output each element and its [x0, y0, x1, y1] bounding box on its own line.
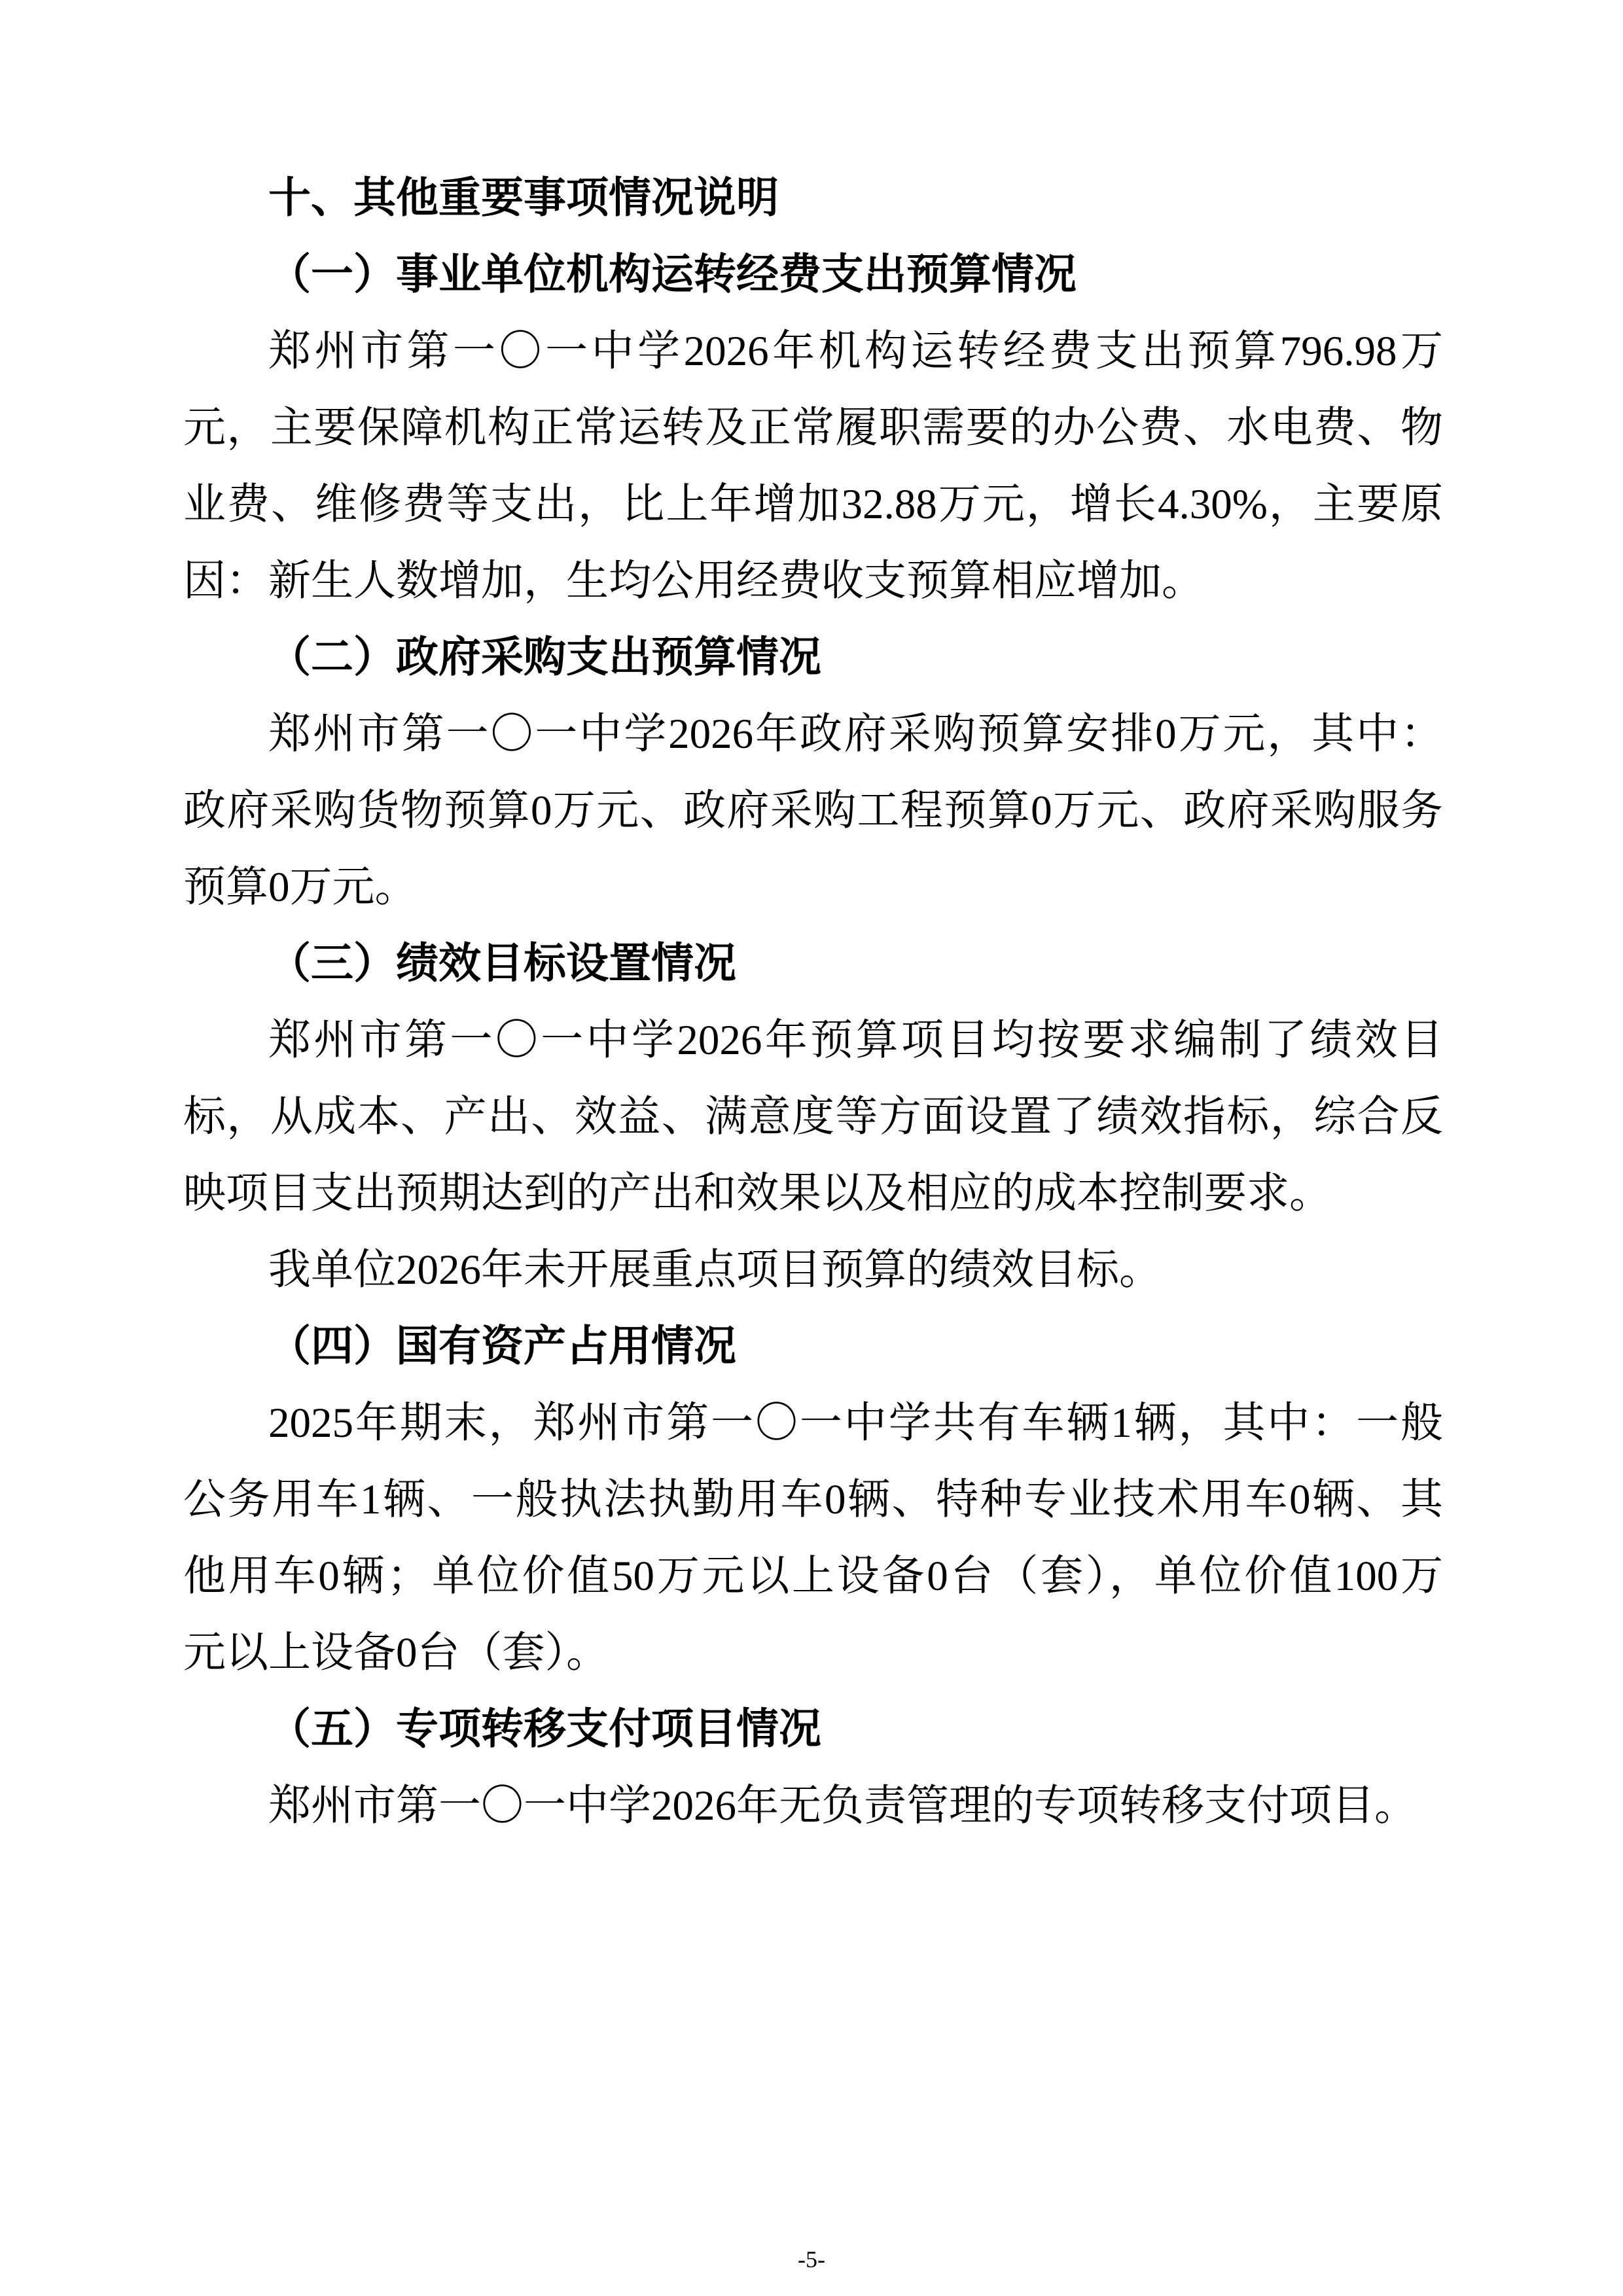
sub-heading-3: （三）绩效目标设置情况 [183, 926, 1443, 1002]
paragraph-line: 郑州市第一〇一中学2026年机构运转经费支出预算796.98万 [183, 313, 1443, 390]
paragraph-line: 因：新生人数增加，生均公用经费收支预算相应增加。 [183, 543, 1443, 620]
page-number: -5- [0, 2230, 1623, 2289]
paragraph-line: 元，主要保障机构正常运转及正常履职需要的办公费、水电费、物 [183, 390, 1443, 467]
paragraph-line: 映项目支出预期达到的产出和效果以及相应的成本控制要求。 [183, 1156, 1443, 1232]
paragraph-line: 标，从成本、产出、效益、满意度等方面设置了绩效指标，综合反 [183, 1079, 1443, 1156]
paragraph-line: 政府采购货物预算0万元、政府采购工程预算0万元、政府采购服务 [183, 773, 1443, 849]
paragraph-line: 我单位2026年未开展重点项目预算的绩效目标。 [183, 1232, 1443, 1309]
paragraph-line: 公务用车1辆、一般执法执勤用车0辆、特种专业技术用车0辆、其 [183, 1462, 1443, 1538]
main-heading: 十、其他重要事项情况说明 [183, 160, 1443, 237]
sub-heading-5: （五）专项转移支付项目情况 [183, 1691, 1443, 1768]
paragraph-line: 郑州市第一〇一中学2026年政府采购预算安排0万元，其中： [183, 696, 1443, 773]
sub-heading-2: （二）政府采购支出预算情况 [183, 620, 1443, 696]
paragraph-line: 预算0万元。 [183, 849, 1443, 926]
paragraph-line: 元以上设备0台（套）。 [183, 1615, 1443, 1691]
paragraph-line: 郑州市第一〇一中学2026年预算项目均按要求编制了绩效目 [183, 1002, 1443, 1079]
paragraph-line: 2025年期末，郑州市第一〇一中学共有车辆1辆，其中：一般 [183, 1385, 1443, 1462]
document-body: 十、其他重要事项情况说明 （一）事业单位机构运转经费支出预算情况 郑州市第一〇一… [183, 160, 1443, 1845]
document-page: 十、其他重要事项情况说明 （一）事业单位机构运转经费支出预算情况 郑州市第一〇一… [0, 0, 1623, 2296]
paragraph-line: 业费、维修费等支出，比上年增加32.88万元，增长4.30%，主要原 [183, 467, 1443, 543]
sub-heading-4: （四）国有资产占用情况 [183, 1309, 1443, 1385]
paragraph-line: 郑州市第一〇一中学2026年无负责管理的专项转移支付项目。 [183, 1768, 1443, 1845]
sub-heading-1: （一）事业单位机构运转经费支出预算情况 [183, 237, 1443, 313]
paragraph-line: 他用车0辆；单位价值50万元以上设备0台（套），单位价值100万 [183, 1538, 1443, 1615]
